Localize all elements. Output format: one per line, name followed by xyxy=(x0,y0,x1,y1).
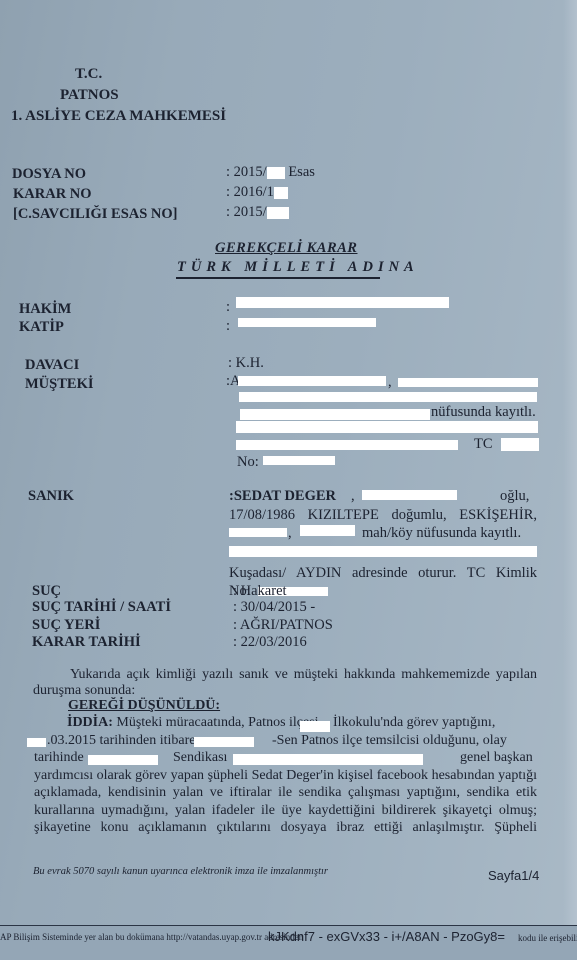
defendant-redaction xyxy=(362,490,457,500)
title-underline xyxy=(176,277,380,279)
nation-title: TÜRK MİLLETİ ADINA xyxy=(177,259,419,276)
complainant-redaction xyxy=(236,440,458,450)
defendant-redaction xyxy=(300,525,355,536)
judge-redaction xyxy=(236,297,449,308)
offense-place-value: : AĞRI/PATNOS xyxy=(233,617,333,634)
clerk-redaction xyxy=(238,318,376,327)
case-number-prefix: : 2015/ xyxy=(226,164,267,180)
section-heading: GEREĞİ DÜŞÜNÜLDÜ: xyxy=(68,698,220,714)
complainant-id-label: No: xyxy=(237,454,259,471)
defendant-address: Kuşadası/ AYDIN adresinde oturur. TC Kim… xyxy=(229,565,537,582)
offense-label: SUÇ xyxy=(32,583,61,600)
intro-line-1: Yukarıda açık kimliği yazılı sanık ve mü… xyxy=(70,665,537,685)
claim-line-3a: tarihinde xyxy=(34,748,84,768)
claim-label: İDDİA: xyxy=(67,715,113,730)
page-number: Sayfa1/4 xyxy=(488,868,539,883)
claim-line-5-text: açıklamada, kendisinin yalan ve iftirala… xyxy=(34,783,537,803)
decision-number-prefix: : 2016/1 xyxy=(226,184,274,200)
redaction-box xyxy=(267,207,289,219)
claim-line-1: İDDİA: Müşteki müracaatında, Patnos ilçe… xyxy=(67,713,319,733)
claim-text: Müşteki müracaatında, Patnos ilçesi xyxy=(116,715,318,730)
claim-line-7: şikayetine konu açıklamanın çıktılarını … xyxy=(34,818,537,838)
complainant-redaction xyxy=(238,376,386,386)
offense-place-label: SUÇ YERİ xyxy=(32,617,100,634)
header-city: PATNOS xyxy=(60,87,119,104)
complainant-registry: nüfusunda kayıtlı. xyxy=(431,404,536,421)
defendant-redaction xyxy=(229,528,287,537)
complainant-redaction xyxy=(239,392,537,402)
paper-edge xyxy=(563,0,577,960)
case-number-suffix: Esas xyxy=(285,164,315,180)
redaction-box xyxy=(267,167,285,179)
prosecutor-number-value: : 2015/ xyxy=(226,204,289,221)
defendant-birth: 17/08/1986 KIZILTEPE doğumlu, ESKİŞEHİR, xyxy=(229,507,537,524)
decision-date-value: : 22/03/2016 xyxy=(233,634,307,651)
plaintiff-label: DAVACI xyxy=(25,357,79,374)
claim-line-5: açıklamada, kendisinin yalan ve iftirala… xyxy=(34,783,537,803)
judge-label: HAKİM xyxy=(19,301,71,318)
complainant-tc: TC xyxy=(474,436,493,453)
complainant-label: MÜŞTEKİ xyxy=(25,376,94,393)
offense-date-value: : 30/04/2015 - xyxy=(233,599,315,616)
claim-redaction xyxy=(27,738,46,747)
claim-line-3c: genel başkan xyxy=(460,748,533,768)
defendant-address-text: Kuşadası/ AYDIN adresinde oturur. TC Kim… xyxy=(229,565,537,582)
intro-line-1-text: Yukarıda açık kimliği yazılı sanık ve mü… xyxy=(70,665,537,685)
defendant-comma2: , xyxy=(288,525,292,542)
redaction-box xyxy=(274,187,288,199)
complainant-redaction xyxy=(236,421,538,433)
uyap-suffix: kodu ile erişebilirsi xyxy=(518,933,577,943)
case-number-label: DOSYA NO xyxy=(12,166,86,183)
uyap-prefix: AP Bilişim Sisteminde yer alan bu doküma… xyxy=(0,932,303,942)
document-page: T.C. PATNOS 1. ASLİYE CEZA MAHKEMESİ DOS… xyxy=(0,0,577,960)
defendant-comma: , xyxy=(351,488,355,505)
defendant-label: SANIK xyxy=(28,488,74,505)
complainant-redaction xyxy=(398,378,538,387)
claim-redaction xyxy=(194,737,254,747)
claim-redaction xyxy=(233,754,423,765)
clerk-prefix: : xyxy=(226,318,230,335)
defendant-registry: mah/köy nüfusunda kayıtlı. xyxy=(362,525,521,542)
defendant-redaction xyxy=(229,546,537,557)
claim-line-3b: Sendikası xyxy=(173,748,227,768)
prosecutor-number-prefix: : 2015/ xyxy=(226,204,267,220)
header-court-name: 1. ASLİYE CEZA MAHKEMESİ xyxy=(11,108,226,125)
decision-title: GEREKÇELİ KARAR xyxy=(215,240,357,257)
judge-prefix: : xyxy=(226,299,230,316)
case-number-value: : 2015/ Esas xyxy=(226,164,315,181)
claim-line-1b: İlkokulu'nda görev yaptığını, xyxy=(333,713,495,733)
clerk-label: KATİP xyxy=(19,319,64,336)
claim-line-7-text: şikayetine konu açıklamanın çıktılarını … xyxy=(34,818,537,838)
offense-date-label: SUÇ TARİHİ / SAATİ xyxy=(32,599,171,616)
claim-redaction xyxy=(88,755,158,765)
complainant-comma: , xyxy=(388,374,392,391)
header-tc: T.C. xyxy=(75,66,102,83)
defendant-birth-text: 17/08/1986 KIZILTEPE doğumlu, ESKİŞEHİR, xyxy=(229,507,537,524)
complainant-redaction xyxy=(263,456,335,465)
decision-number-label: KARAR NO xyxy=(13,186,92,203)
decision-date-label: KARAR TARİHİ xyxy=(32,634,141,651)
complainant-redaction xyxy=(501,438,539,451)
defendant-name: :SEDAT DEGER xyxy=(229,488,336,505)
plaintiff-value: : K.H. xyxy=(228,355,264,372)
access-code: kJKdnf7 - exGVx33 - i+/A8AN - PzoGy8= xyxy=(268,929,505,944)
esign-note: Bu evrak 5070 sayılı kanun uyarınca elek… xyxy=(33,866,328,877)
offense-value: : Hakaret xyxy=(233,583,287,600)
defendant-parent-tail: oğlu, xyxy=(500,488,529,505)
complainant-redaction xyxy=(240,409,430,420)
decision-number-value: : 2016/1 xyxy=(226,184,288,201)
prosecutor-number-label: [C.SAVCILIĞI ESAS NO] xyxy=(13,206,178,223)
